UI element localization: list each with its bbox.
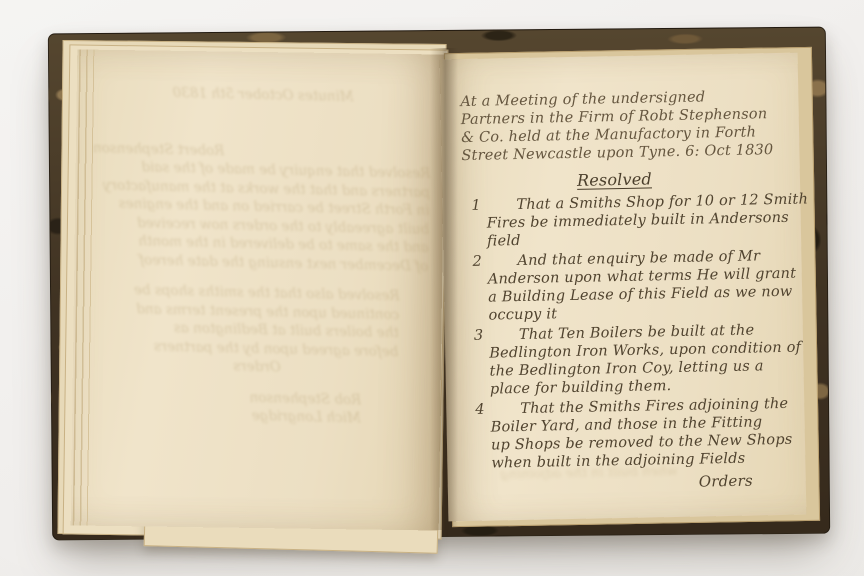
resolution-list: 1 That a Smiths Shop for 10 or 12 Smith … bbox=[486, 191, 796, 473]
item-number: 1 bbox=[471, 197, 481, 215]
meeting-preamble: At a Meeting of the undersigned Partners… bbox=[460, 87, 790, 165]
item-number: 2 bbox=[472, 253, 482, 271]
left-page-ink-showthrough: Minutes October 5th 1830 Robert Stephens… bbox=[87, 82, 433, 429]
resolution-item-4: 4 That the Smiths Fires adjoining the Bo… bbox=[490, 395, 796, 473]
resolution-item-1: 1 That a Smiths Shop for 10 or 12 Smith … bbox=[486, 191, 792, 251]
minutes-manuscript: At a Meeting of the undersigned Partners… bbox=[460, 87, 797, 495]
item-number: 4 bbox=[475, 401, 485, 419]
showthrough-line: Minutes October 5th 1830 bbox=[94, 82, 432, 108]
resolution-item-3: 3 That Ten Boilers be built at the Bedli… bbox=[489, 321, 795, 399]
left-page: Minutes October 5th 1830 Robert Stephens… bbox=[71, 49, 446, 530]
right-page: At a Meeting of the undersigned Partners… bbox=[440, 53, 807, 522]
resolved-heading: Resolved bbox=[462, 167, 767, 193]
item-number: 3 bbox=[474, 327, 484, 345]
resolution-item-2: 2 And that enquiry be made of Mr Anderso… bbox=[487, 247, 793, 325]
photo-backdrop: Minutes October 5th 1830 Robert Stephens… bbox=[0, 0, 864, 576]
